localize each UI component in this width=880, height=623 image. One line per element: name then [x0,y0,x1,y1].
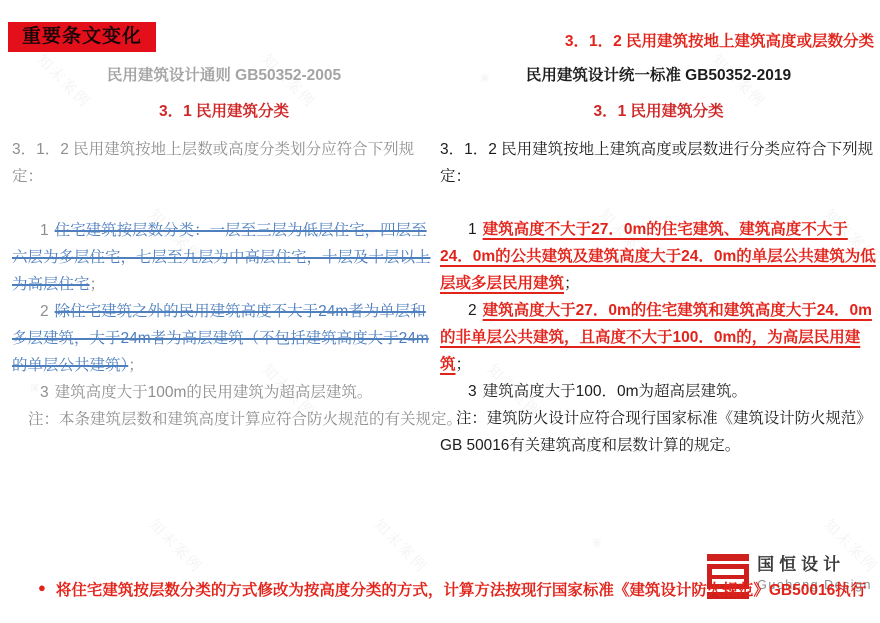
new-clause-2-added-text: 建筑高度大于27．0m的住宅建筑和建筑高度大于24．0m的非单层公共建筑，且高度… [440,302,872,373]
new-clause-2: 2建筑高度大于27．0m的住宅建筑和建筑高度大于24．0m的非单层公共建筑，且高… [440,297,877,378]
new-clause-2-tail: ； [456,356,472,373]
old-standard-intro: 3．1．2 民用建筑按地上层数或高度分类划分应符合下列规定： [12,136,436,190]
bullet-icon: ● [38,580,46,595]
old-clause-1-number: 1 [40,222,49,239]
old-standard-section-heading: 3．1 民用建筑分类 [12,98,436,125]
old-clause-3: 3建筑高度大于100m的民用建筑为超高层建筑。 [12,379,436,406]
old-clause-1: 1住宅建筑按层数分类：一层至三层为低层住宅，四层至六层为多层住宅，七层至九层为中… [12,217,436,298]
old-clause-3-text: 建筑高度大于100m的民用建筑为超高层建筑。 [55,384,373,401]
old-clause-2: 2除住宅建筑之外的民用建筑高度不大于24m者为单层和多层建筑，大于24m者为高层… [12,298,436,379]
old-clause-2-tail: ； [128,357,144,374]
old-clause-3-number: 3 [40,384,49,401]
old-clause-1-tail: ； [90,276,106,293]
old-clause-2-number: 2 [40,303,49,320]
clause-title: 3．1．2 民用建筑按地上建筑高度或层数分类 [565,29,874,51]
new-clause-1-tail: ； [564,275,580,292]
new-clause-1-number: 1 [468,221,477,238]
new-standard-name: 民用建筑设计统一标准 GB50352-2019 [440,62,877,89]
old-standard-column: 民用建筑设计通则 GB50352-2005 3．1 民用建筑分类 3．1．2 民… [12,62,436,433]
old-clause-1-deleted-text: 住宅建筑按层数分类：一层至三层为低层住宅，四层至六层为多层住宅，七层至九层为中高… [12,222,431,293]
new-standard-intro: 3．1．2 民用建筑按地上建筑高度或层数进行分类应符合下列规定： [440,136,877,190]
slide-title-banner: 重要条文变化 [8,22,156,52]
new-clause-3-text: 建筑高度大于100．0m为超高层建筑。 [483,383,747,400]
new-clause-3: 3建筑高度大于100．0m为超高层建筑。 [440,378,877,405]
old-clause-2-deleted-text: 除住宅建筑之外的民用建筑高度不大于24m者为单层和多层建筑，大于24m者为高层建… [12,303,429,374]
old-standard-name: 民用建筑设计通则 GB50352-2005 [12,62,436,89]
new-standard-section-heading: 3．1 民用建筑分类 [440,98,877,125]
summary-bullet-line: ● 将住宅建筑按层数分类的方式修改为按高度分类的方式，计算方法按现行国家标准《建… [38,578,870,600]
logo-company-name: 国恒设计 [757,554,872,576]
summary-text: 将住宅建筑按层数分类的方式修改为按高度分类的方式，计算方法按现行国家标准《建筑设… [56,578,866,600]
new-clause-1-added-text: 建筑高度不大于27．0m的住宅建筑、建筑高度不大于24．0m的公共建筑及建筑高度… [440,221,876,292]
new-clause-2-number: 2 [468,302,477,319]
new-standard-column: 民用建筑设计统一标准 GB50352-2019 3．1 民用建筑分类 3．1．2… [440,62,877,459]
slide-root: { "banner": { "label": "重要条文变化" }, "top_… [0,0,880,623]
new-clause-1: 1建筑高度不大于27．0m的住宅建筑、建筑高度不大于24．0m的公共建筑及建筑高… [440,216,877,297]
new-standard-note: 注：建筑防火设计应符合现行国家标准《建筑设计防火规范》GB 50016有关建筑高… [440,405,877,459]
old-standard-note: 注：本条建筑层数和建筑高度计算应符合防火规范的有关规定。 [12,406,436,433]
new-clause-3-number: 3 [468,383,477,400]
